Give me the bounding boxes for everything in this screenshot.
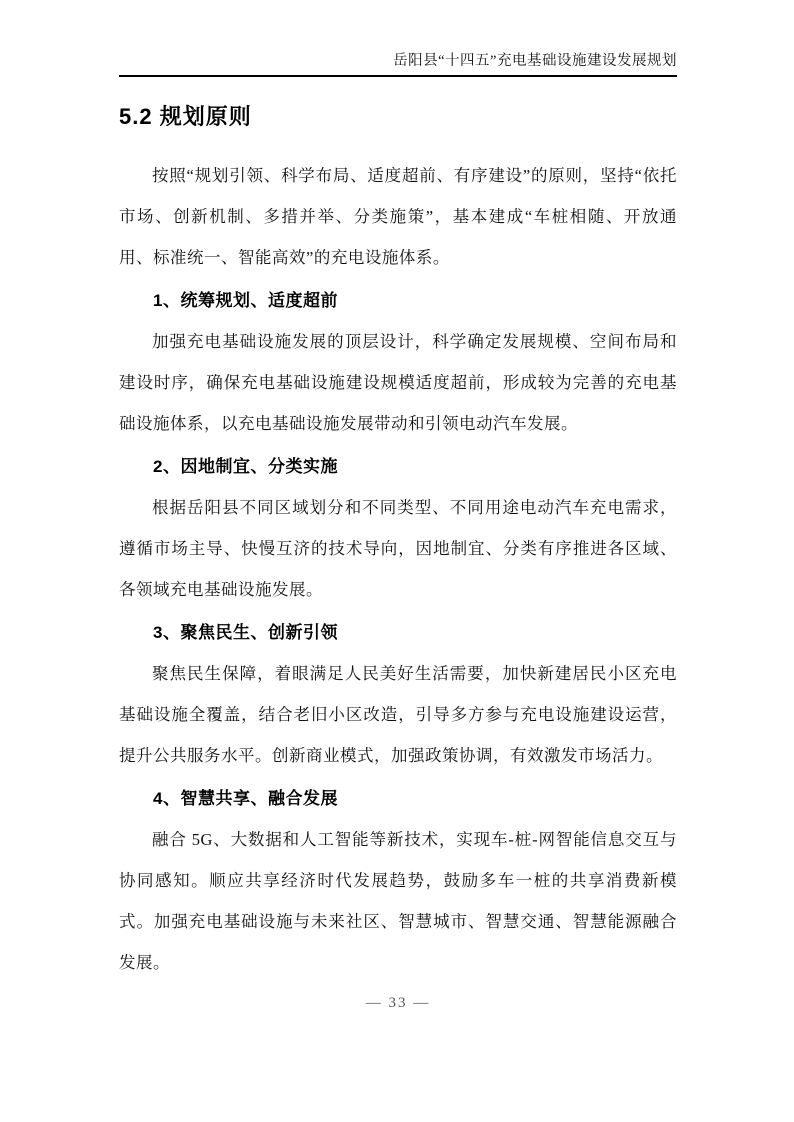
running-header-title: 岳阳县“十四五”充电基础设施建设发展规划 xyxy=(393,53,677,69)
principle-section-1: 1、统筹规划、适度超前 加强充电基础设施发展的顶层设计，科学确定发展规模、空间布… xyxy=(119,280,677,444)
section-title: 5.2 规划原则 xyxy=(119,103,677,131)
principle-paragraph: 根据岳阳县不同区域划分和不同类型、不同用途电动汽车充电需求，遵循市场主导、快慢互… xyxy=(119,487,677,610)
principle-section-3: 3、聚焦民生、创新引领 聚焦民生保障，着眼满足人民美好生活需要，加快新建居民小区… xyxy=(119,612,677,776)
principle-section-4: 4、智慧共享、融合发展 融合 5G、大数据和人工智能等新技术，实现车-桩-网智能… xyxy=(119,778,677,983)
principle-paragraph: 加强充电基础设施发展的顶层设计，科学确定发展规模、空间布局和建设时序，确保充电基… xyxy=(119,321,677,444)
page-content: 5.2 规划原则 按照“规划引领、科学布局、适度超前、有序建设”的原则，坚持“依… xyxy=(119,103,677,1015)
principle-heading: 1、统筹规划、适度超前 xyxy=(119,280,677,321)
section-intro-paragraph: 按照“规划引领、科学布局、适度超前、有序建设”的原则，坚持“依托市场、创新机制、… xyxy=(119,155,677,278)
running-header: 岳阳县“十四五”充电基础设施建设发展规划 xyxy=(119,52,677,77)
principle-paragraph: 聚焦民生保障，着眼满足人民美好生活需要，加快新建居民小区充电基础设施全覆盖，结合… xyxy=(119,653,677,776)
page-footer: — 33 — xyxy=(119,991,677,1015)
principle-paragraph: 融合 5G、大数据和人工智能等新技术，实现车-桩-网智能信息交互与协同感知。顺应… xyxy=(119,819,677,983)
principle-heading: 4、智慧共享、融合发展 xyxy=(119,778,677,819)
principle-heading: 2、因地制宜、分类实施 xyxy=(119,446,677,487)
principle-section-2: 2、因地制宜、分类实施 根据岳阳县不同区域划分和不同类型、不同用途电动汽车充电需… xyxy=(119,446,677,610)
principle-heading: 3、聚焦民生、创新引领 xyxy=(119,612,677,653)
document-page: 岳阳县“十四五”充电基础设施建设发展规划 5.2 规划原则 按照“规划引领、科学… xyxy=(0,0,794,1122)
page-number: — 33 — xyxy=(366,995,431,1011)
